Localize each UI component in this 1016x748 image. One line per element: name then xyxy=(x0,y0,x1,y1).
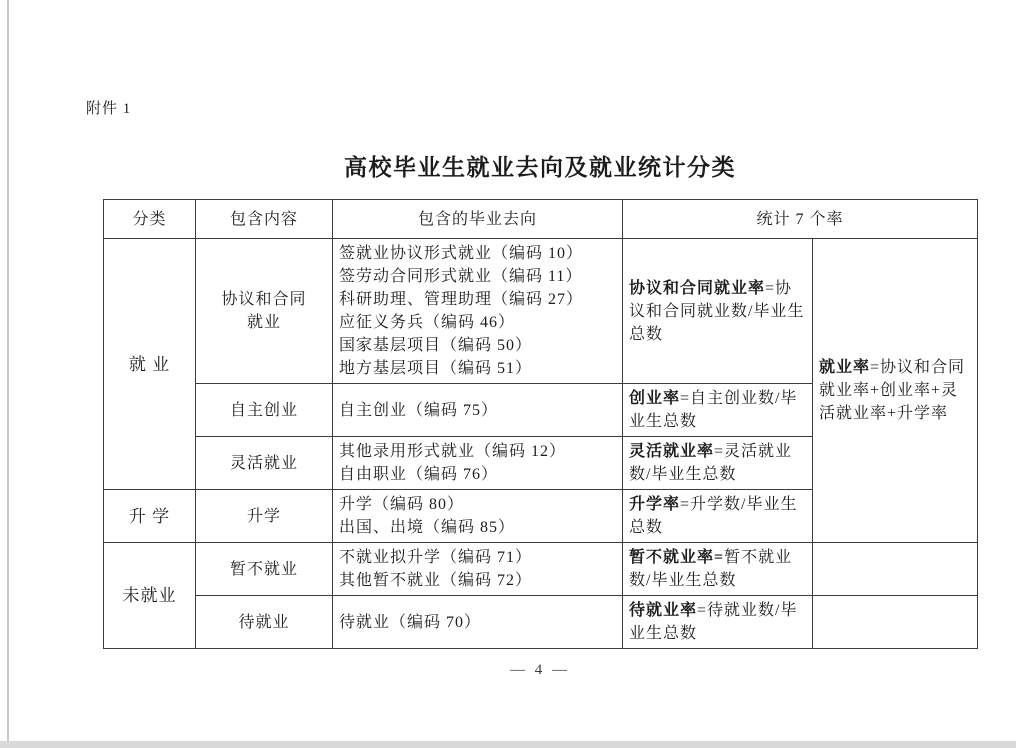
classification-table: 分类 包含内容 包含的毕业去向 统计 7 个率 就 业 协议和合同 就业 签就业… xyxy=(103,199,978,649)
table-row: 未就业 暂不就业 不就业拟升学（编码 71） 其他暂不就业（编码 72） 暂不就… xyxy=(104,543,978,596)
content-cell: 协议和合同 就业 xyxy=(196,239,333,384)
destinations-cell: 升学（编码 80） 出国、出境（编码 85） xyxy=(333,490,623,543)
category-cell-unemployed: 未就业 xyxy=(104,543,196,649)
header-rates: 统计 7 个率 xyxy=(623,200,978,239)
table-row: 就 业 协议和合同 就业 签就业协议形式就业（编码 10） 签劳动合同形式就业（… xyxy=(104,239,978,384)
rate-term: 升学率 xyxy=(629,496,680,513)
overall-rate-term: 就业率 xyxy=(819,359,870,376)
rate-cell: 灵活就业率=灵活就业数/毕业生总数 xyxy=(623,437,813,490)
rate-term: 灵活就业率 xyxy=(629,443,714,460)
rate-cell: 升学率=升学数/毕业生总数 xyxy=(623,490,813,543)
rate-term: 暂不就业率= xyxy=(629,549,724,566)
rate-term: 协议和合同就业率 xyxy=(629,280,765,297)
content-cell: 升学 xyxy=(196,490,333,543)
destinations-cell: 签就业协议形式就业（编码 10） 签劳动合同形式就业（编码 11） 科研助理、管… xyxy=(333,239,623,384)
header-category: 分类 xyxy=(104,200,196,239)
attachment-label: 附件 1 xyxy=(86,97,131,118)
rate-cell: 暂不就业率=暂不就业数/毕业生总数 xyxy=(623,543,813,596)
content-cell: 灵活就业 xyxy=(196,437,333,490)
destinations-cell: 其他录用形式就业（编码 12） 自由职业（编码 76） xyxy=(333,437,623,490)
destinations-cell: 待就业（编码 70） xyxy=(333,596,623,649)
destinations-cell: 自主创业（编码 75） xyxy=(333,384,623,437)
empty-rate-cell xyxy=(813,543,978,596)
rate-term: 待就业率 xyxy=(629,602,697,619)
document-title: 高校毕业生就业去向及就业统计分类 xyxy=(103,149,977,182)
scan-bottom-band xyxy=(0,741,1016,748)
header-destinations: 包含的毕业去向 xyxy=(333,200,623,239)
content-cell: 自主创业 xyxy=(196,384,333,437)
empty-rate-cell xyxy=(813,596,978,649)
content-cell: 暂不就业 xyxy=(196,543,333,596)
content-cell: 待就业 xyxy=(196,596,333,649)
table-row: 待就业 待就业（编码 70） 待就业率=待就业数/毕业生总数 xyxy=(104,596,978,649)
table-header-row: 分类 包含内容 包含的毕业去向 统计 7 个率 xyxy=(104,200,978,239)
header-content: 包含内容 xyxy=(196,200,333,239)
rate-cell: 创业率=自主创业数/毕业生总数 xyxy=(623,384,813,437)
page-number: — 4 — xyxy=(103,662,977,679)
rate-term: 创业率 xyxy=(629,390,680,407)
overall-rate-cell: 就业率=协议和合同就业率+创业率+灵活就业率+升学率 xyxy=(813,239,978,543)
category-cell-employment: 就 业 xyxy=(104,239,196,490)
destinations-cell: 不就业拟升学（编码 71） 其他暂不就业（编码 72） xyxy=(333,543,623,596)
category-cell-further-study: 升 学 xyxy=(104,490,196,543)
document-page: 附件 1 高校毕业生就业去向及就业统计分类 分类 包含内容 包含的毕业去向 统计… xyxy=(0,0,1016,748)
rate-cell: 待就业率=待就业数/毕业生总数 xyxy=(623,596,813,649)
rate-cell: 协议和合同就业率=协议和合同就业数/毕业生总数 xyxy=(623,239,813,384)
scan-page-edge-line xyxy=(7,0,9,748)
